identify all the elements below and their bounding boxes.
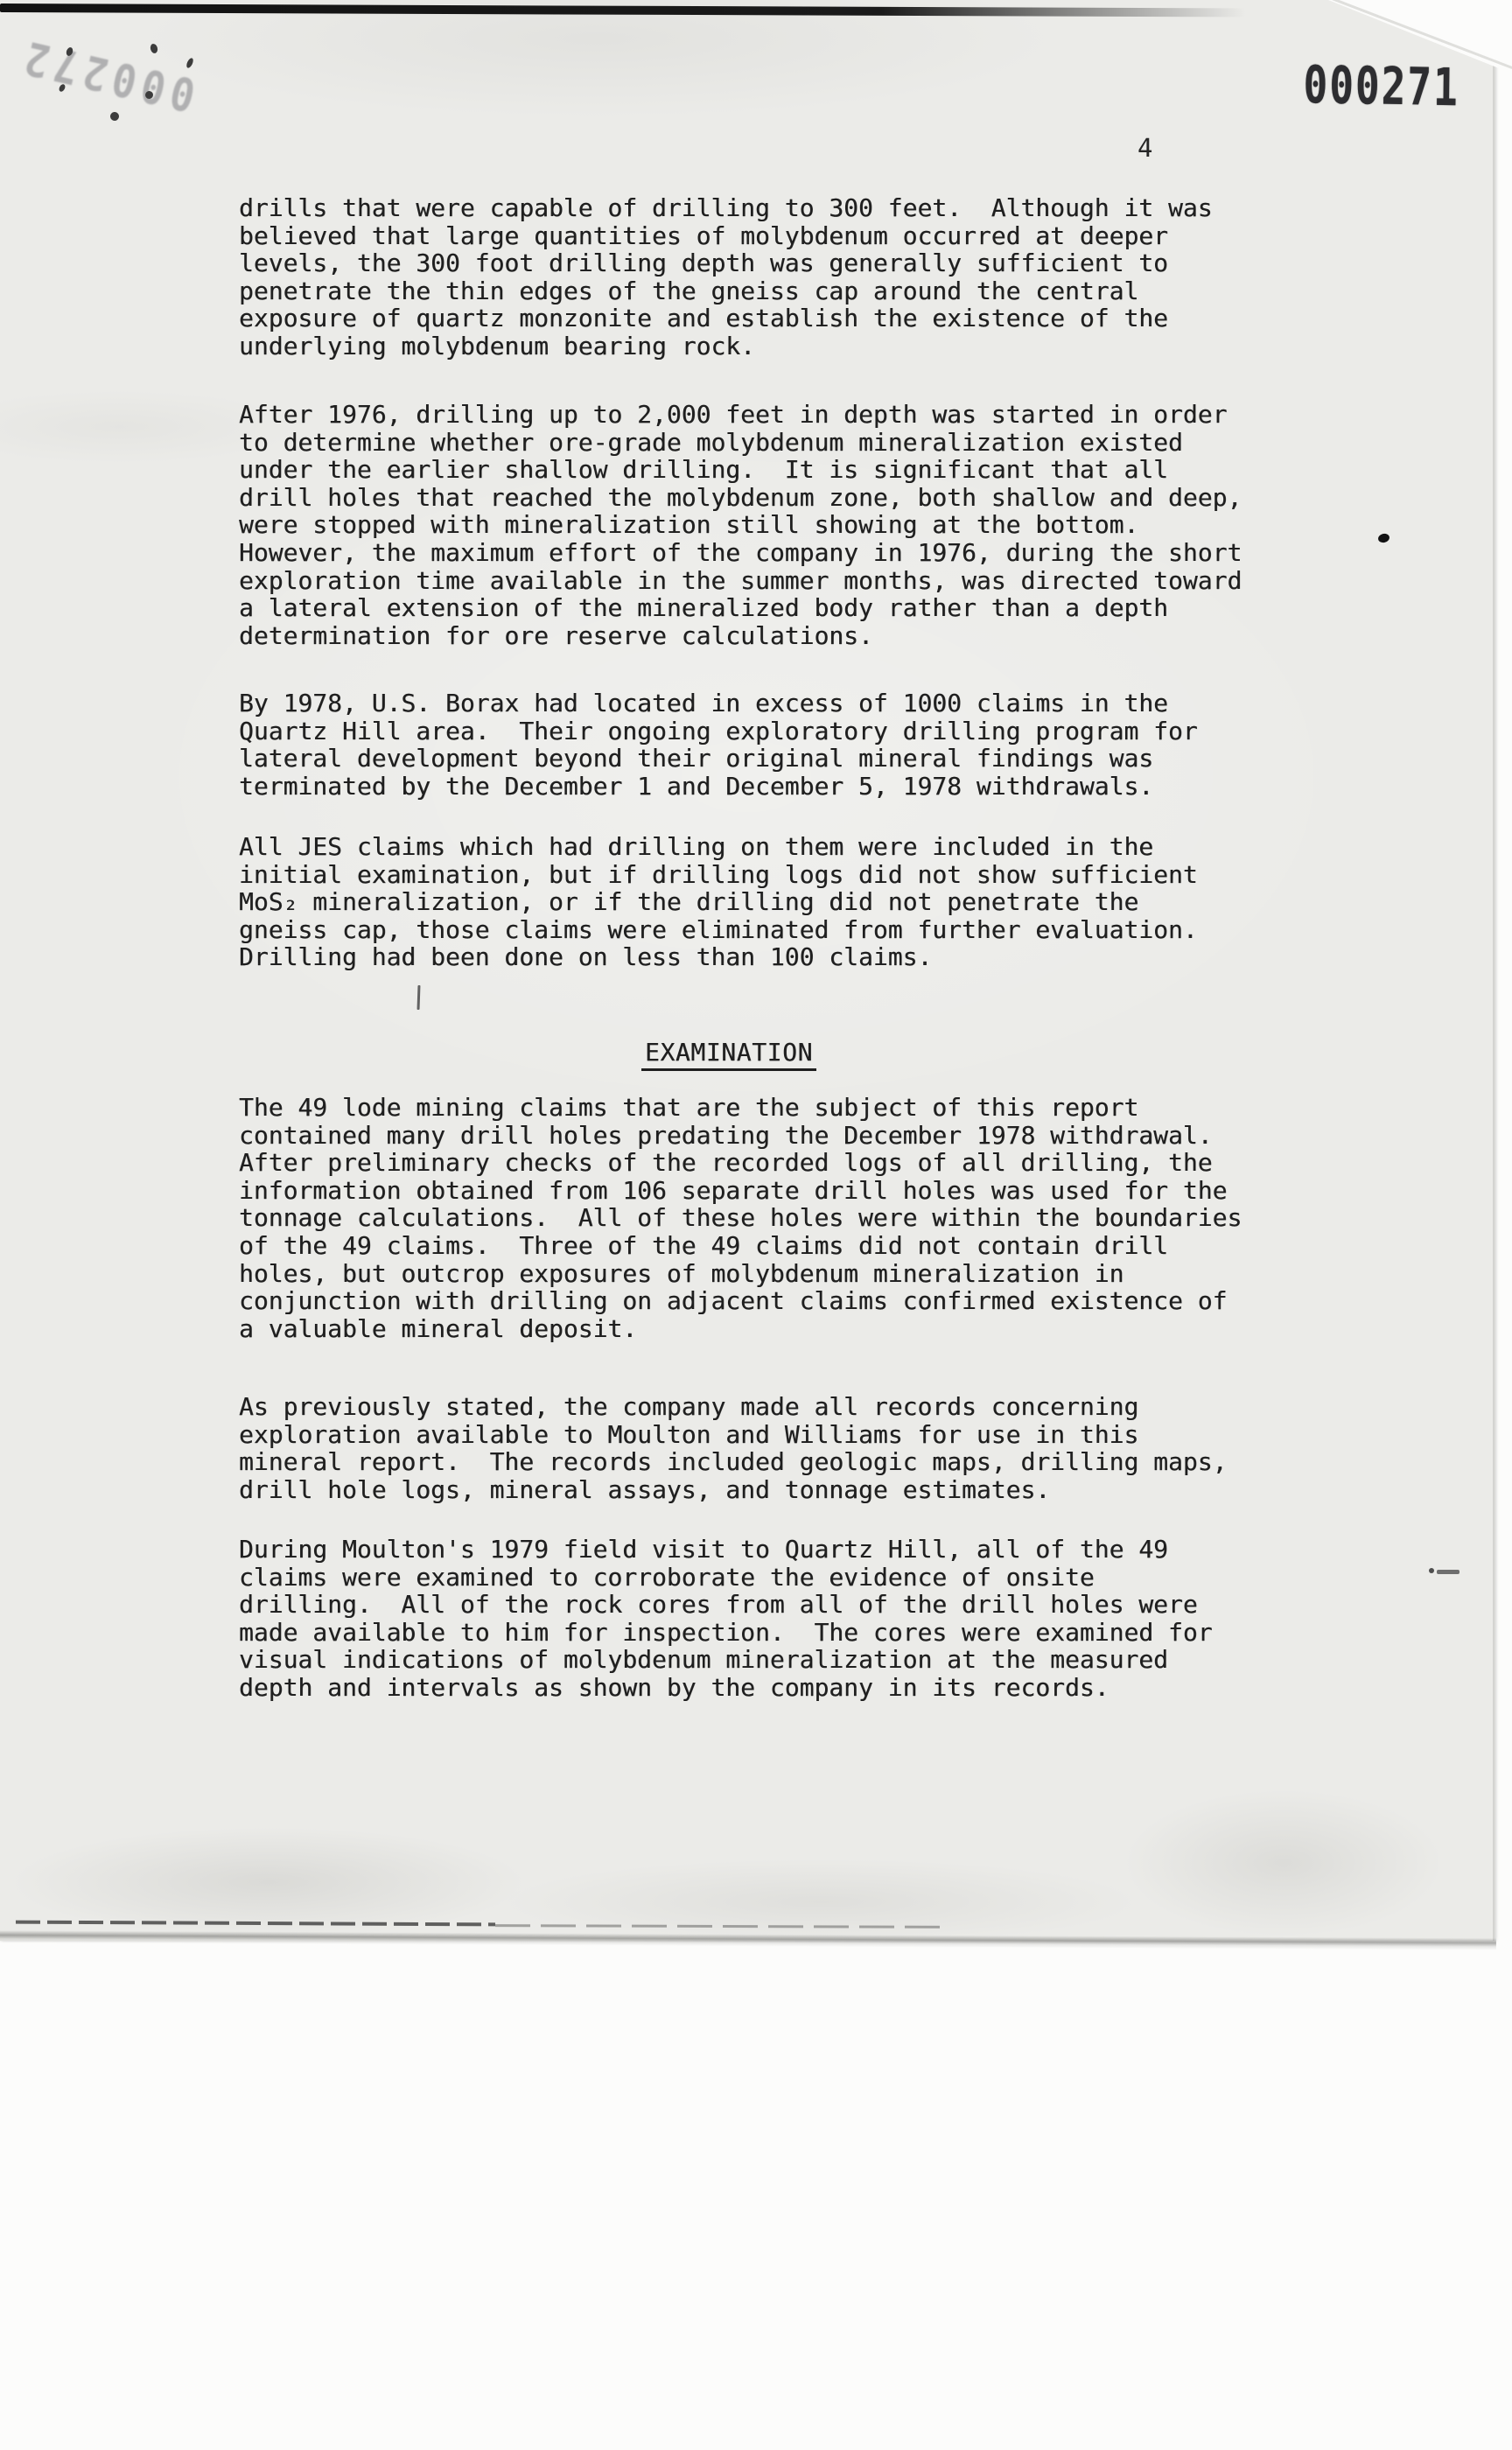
body-paragraph-5: The 49 lode mining claims that are the s… <box>239 1094 1289 1342</box>
text-line: terminated by the December 1 and Decembe… <box>239 773 1289 801</box>
text-line: Drilling had been done on less than 100 … <box>239 943 1289 971</box>
text-line: By 1978, U.S. Borax had located in exces… <box>239 689 1289 717</box>
text-line: drill hole logs, mineral assays, and ton… <box>239 1476 1289 1504</box>
text-line: of the 49 claims. Three of the 49 claims… <box>239 1232 1289 1260</box>
text-line: drills that were capable of drilling to … <box>239 194 1289 222</box>
text-line: conjunction with drilling on adjacent cl… <box>239 1287 1289 1315</box>
text-line: The 49 lode mining claims that are the s… <box>239 1094 1289 1122</box>
body-paragraph-3: By 1978, U.S. Borax had located in exces… <box>239 689 1289 800</box>
text-line: were stopped with mineralization still s… <box>239 511 1289 539</box>
scan-dash-artifact <box>1437 1570 1459 1574</box>
text-line: During Moulton's 1979 field visit to Qua… <box>239 1536 1289 1564</box>
text-line: depth and intervals as shown by the comp… <box>239 1674 1289 1702</box>
text-line: mineral report. The records included geo… <box>239 1448 1289 1476</box>
scan-dash-dot-artifact <box>1429 1568 1434 1573</box>
text-line: After preliminary checks of the recorded… <box>239 1149 1289 1177</box>
text-line: As previously stated, the company made a… <box>239 1393 1289 1421</box>
text-line: exposure of quartz monzonite and establi… <box>239 304 1289 332</box>
body-paragraph-2: After 1976, drilling up to 2,000 feet in… <box>239 401 1289 649</box>
text-line: After 1976, drilling up to 2,000 feet in… <box>239 401 1289 429</box>
text-line: made available to him for inspection. Th… <box>239 1619 1289 1647</box>
text-line: drilling. All of the rock cores from all… <box>239 1591 1289 1619</box>
text-line: levels, the 300 foot drilling depth was … <box>239 249 1289 277</box>
section-heading: EXAMINATION <box>641 1038 816 1071</box>
text-line: to determine whether ore-grade molybdenu… <box>239 429 1289 457</box>
text-line: believed that large quantities of molybd… <box>239 222 1289 250</box>
page-number: 4 <box>1137 133 1152 163</box>
text-line: lateral development beyond their origina… <box>239 745 1289 773</box>
text-line: Quartz Hill area. Their ongoing explorat… <box>239 717 1289 745</box>
text-line: a valuable mineral deposit. <box>239 1315 1289 1343</box>
text-line: visual indications of molybdenum mineral… <box>239 1646 1289 1674</box>
body-paragraph-1: drills that were capable of drilling to … <box>239 194 1289 360</box>
text-line: under the earlier shallow drilling. It i… <box>239 456 1289 484</box>
text-line: underlying molybdenum bearing rock. <box>239 332 1289 360</box>
text-line: information obtained from 106 separate d… <box>239 1177 1289 1205</box>
text-line: However, the maximum effort of the compa… <box>239 539 1289 567</box>
text-line: contained many drill holes predating the… <box>239 1122 1289 1150</box>
text-line: holes, but outcrop exposures of molybden… <box>239 1260 1289 1288</box>
text-line: MoS₂ mineralization, or if the drilling … <box>239 888 1289 916</box>
text-line: initial examination, but if drilling log… <box>239 861 1289 889</box>
text-line: determination for ore reserve calculatio… <box>239 622 1289 650</box>
text-line: penetrate the thin edges of the gneiss c… <box>239 277 1289 305</box>
text-line: tonnage calculations. All of these holes… <box>239 1204 1289 1232</box>
text-line: gneiss cap, those claims were eliminated… <box>239 916 1289 944</box>
text-line: claims were examined to corroborate the … <box>239 1564 1289 1592</box>
text-line: exploration available to Moulton and Wil… <box>239 1421 1289 1449</box>
document-number-stamp: 000271 <box>1303 54 1459 117</box>
text-line: All JES claims which had drilling on the… <box>239 833 1289 861</box>
body-paragraph-7: During Moulton's 1979 field visit to Qua… <box>239 1536 1289 1702</box>
text-line: exploration time available in the summer… <box>239 567 1289 595</box>
text-line: a lateral extension of the mineralized b… <box>239 594 1289 622</box>
text-line: drill holes that reached the molybdenum … <box>239 484 1289 512</box>
body-paragraph-4: All JES claims which had drilling on the… <box>239 833 1289 971</box>
scanned-document-page: 000272 000271 4 drills that were capable… <box>0 0 1512 2450</box>
body-paragraph-6: As previously stated, the company made a… <box>239 1393 1289 1503</box>
